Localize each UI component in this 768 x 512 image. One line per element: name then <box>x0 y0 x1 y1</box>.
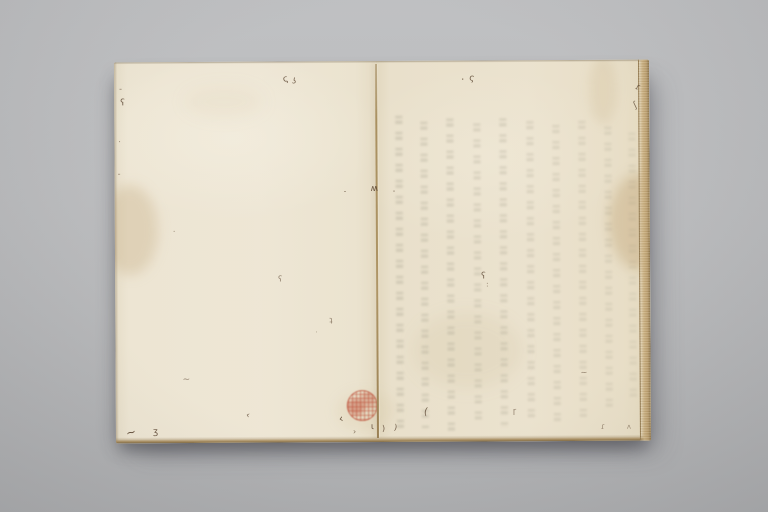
right-page <box>376 60 651 442</box>
book: ςʖ·ςɾʃ-ʕ·-·-ʍ-ʕ·ʕ:ʇ~~ɼ‹‹ι))(~ʒ›ɾʌ <box>114 60 651 444</box>
right-fore-edge <box>638 60 651 441</box>
studio-photograph: ςʖ·ςɾʃ-ʕ·-·-ʍ-ʕ·ʕ:ʇ~~ɼ‹‹ι))(~ʒ›ɾʌ <box>0 0 768 512</box>
left-page <box>114 61 378 443</box>
red-seal-stamp <box>347 390 378 421</box>
